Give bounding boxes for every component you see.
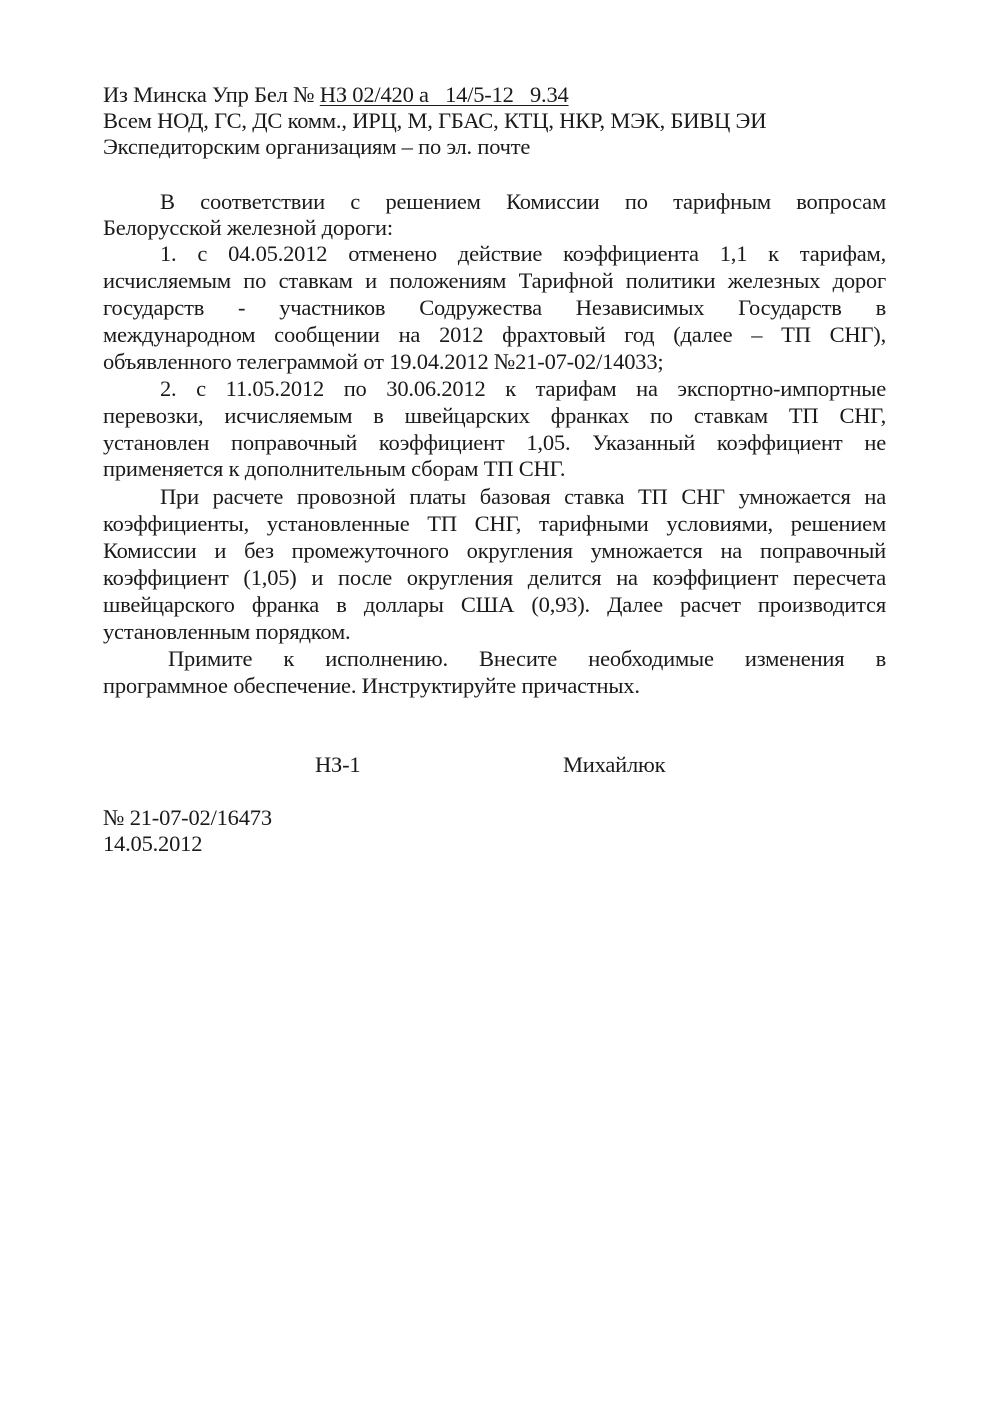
item1-line-3: государств - участников Содружества Неза… <box>103 295 886 321</box>
calc-line-4: коэффициент (1,05) и после округления де… <box>103 565 886 591</box>
signature-position: НЗ-1 <box>315 752 360 778</box>
calc-line-6: установленным порядком. <box>103 619 350 645</box>
calc-line-3: Комиссии и без промежуточного округления… <box>103 538 886 564</box>
header-forwarders: Экспедиторским организациям – по эл. поч… <box>103 134 530 160</box>
header-origin: Из Минска Упр Бел № <box>103 82 320 107</box>
calc-line-2: коэффициенты, установленные ТП СНГ, тари… <box>103 511 886 537</box>
calc-line-1: При расчете провозной платы базовая став… <box>160 484 886 510</box>
calc-line-5: швейцарского франка в доллары США (0,93)… <box>103 592 886 618</box>
item1-line-5: объявленного телеграммой от 19.04.2012 №… <box>103 349 663 375</box>
item2-line-3: установлен поправочный коэффициент 1,05.… <box>103 430 886 456</box>
instruction-line-2: программное обеспечение. Инструктируйте … <box>103 673 640 699</box>
item2-line-2: перевозки, исчисляемым в швейцарских фра… <box>103 403 886 429</box>
header-reference: НЗ 02/420 а 14/5-12 9.34 <box>320 82 569 107</box>
intro-line-1: В соответствии с решением Комиссии по та… <box>160 189 886 215</box>
signature-name: Михайлюк <box>563 752 665 778</box>
header-routing-line: Из Минска Упр Бел № НЗ 02/420 а 14/5-12 … <box>103 82 569 108</box>
instruction-line-1: Примите к исполнению. Внесите необходимы… <box>168 646 886 672</box>
item2-line-4: применяется к дополнительным сборам ТП С… <box>103 456 565 482</box>
item1-line-1: 1. с 04.05.2012 отменено действие коэффи… <box>160 241 886 267</box>
header-recipients: Всем НОД, ГС, ДС комм., ИРЦ, М, ГБАС, КТ… <box>103 108 766 134</box>
intro-line-2: Белорусской железной дороги: <box>103 215 393 241</box>
document-number: № 21-07-02/16473 <box>103 805 272 831</box>
item2-line-1: 2. с 11.05.2012 по 30.06.2012 к тарифам … <box>160 376 886 402</box>
item1-line-2: исчисляемым по ставкам и положениям Тари… <box>103 268 886 294</box>
item1-line-4: международном сообщении на 2012 фрахтовы… <box>103 322 886 348</box>
document-date: 14.05.2012 <box>103 831 202 857</box>
